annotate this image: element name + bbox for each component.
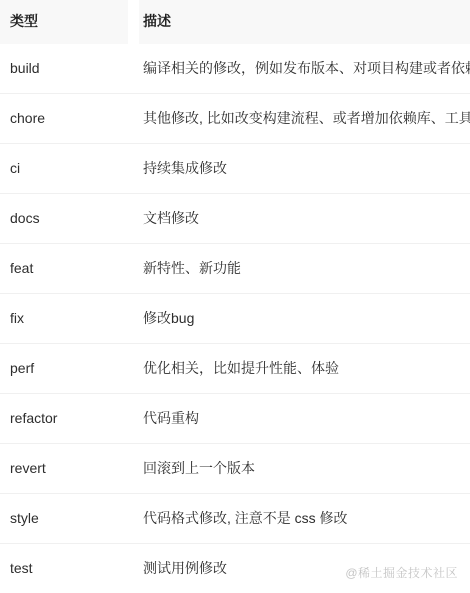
table-row: fix 修改bug (0, 294, 470, 344)
table-row: ci 持续集成修改 (0, 144, 470, 194)
type-cell: build (0, 59, 128, 79)
table-row: feat 新特性、新功能 (0, 244, 470, 294)
type-cell: test (0, 559, 128, 579)
table-row: build 编译相关的修改，例如发布版本、对项目构建或者依赖的改动 (0, 44, 470, 94)
type-cell: fix (0, 309, 128, 329)
description-cell: 回滚到上一个版本 (139, 459, 470, 479)
type-cell: revert (0, 459, 128, 479)
description-cell: 文档修改 (139, 209, 470, 229)
type-cell: refactor (0, 409, 128, 429)
type-cell: docs (0, 209, 128, 229)
table-header-row: 类型 描述 (0, 0, 470, 44)
type-cell: style (0, 509, 128, 529)
table-row: revert 回滚到上一个版本 (0, 444, 470, 494)
description-cell: 编译相关的修改，例如发布版本、对项目构建或者依赖的改动 (139, 59, 470, 79)
description-cell: 其他修改, 比如改变构建流程、或者增加依赖库、工具等 (139, 109, 470, 129)
table-row: perf 优化相关，比如提升性能、体验 (0, 344, 470, 394)
watermark: @稀土掘金技术社区 (345, 564, 458, 581)
type-cell: feat (0, 259, 128, 279)
table-row: style 代码格式修改, 注意不是 css 修改 (0, 494, 470, 544)
description-cell: 持续集成修改 (139, 159, 470, 179)
table-row: chore 其他修改, 比如改变构建流程、或者增加依赖库、工具等 (0, 94, 470, 144)
type-cell: ci (0, 159, 128, 179)
description-cell: 优化相关，比如提升性能、体验 (139, 359, 470, 379)
table-row: refactor 代码重构 (0, 394, 470, 444)
commit-type-table: 类型 描述 build 编译相关的修改，例如发布版本、对项目构建或者依赖的改动 … (0, 0, 470, 593)
description-cell: 代码格式修改, 注意不是 css 修改 (139, 509, 470, 529)
description-cell: 代码重构 (139, 409, 470, 429)
table-body: build 编译相关的修改，例如发布版本、对项目构建或者依赖的改动 chore … (0, 44, 470, 593)
column-header-description: 描述 (139, 0, 470, 44)
page: 类型 描述 build 编译相关的修改，例如发布版本、对项目构建或者依赖的改动 … (0, 0, 470, 593)
table-row: docs 文档修改 (0, 194, 470, 244)
description-cell: 修改bug (139, 309, 470, 329)
type-cell: perf (0, 359, 128, 379)
column-header-type: 类型 (0, 0, 128, 44)
header-column-gap (128, 0, 139, 44)
type-cell: chore (0, 109, 128, 129)
description-cell: 新特性、新功能 (139, 259, 470, 279)
